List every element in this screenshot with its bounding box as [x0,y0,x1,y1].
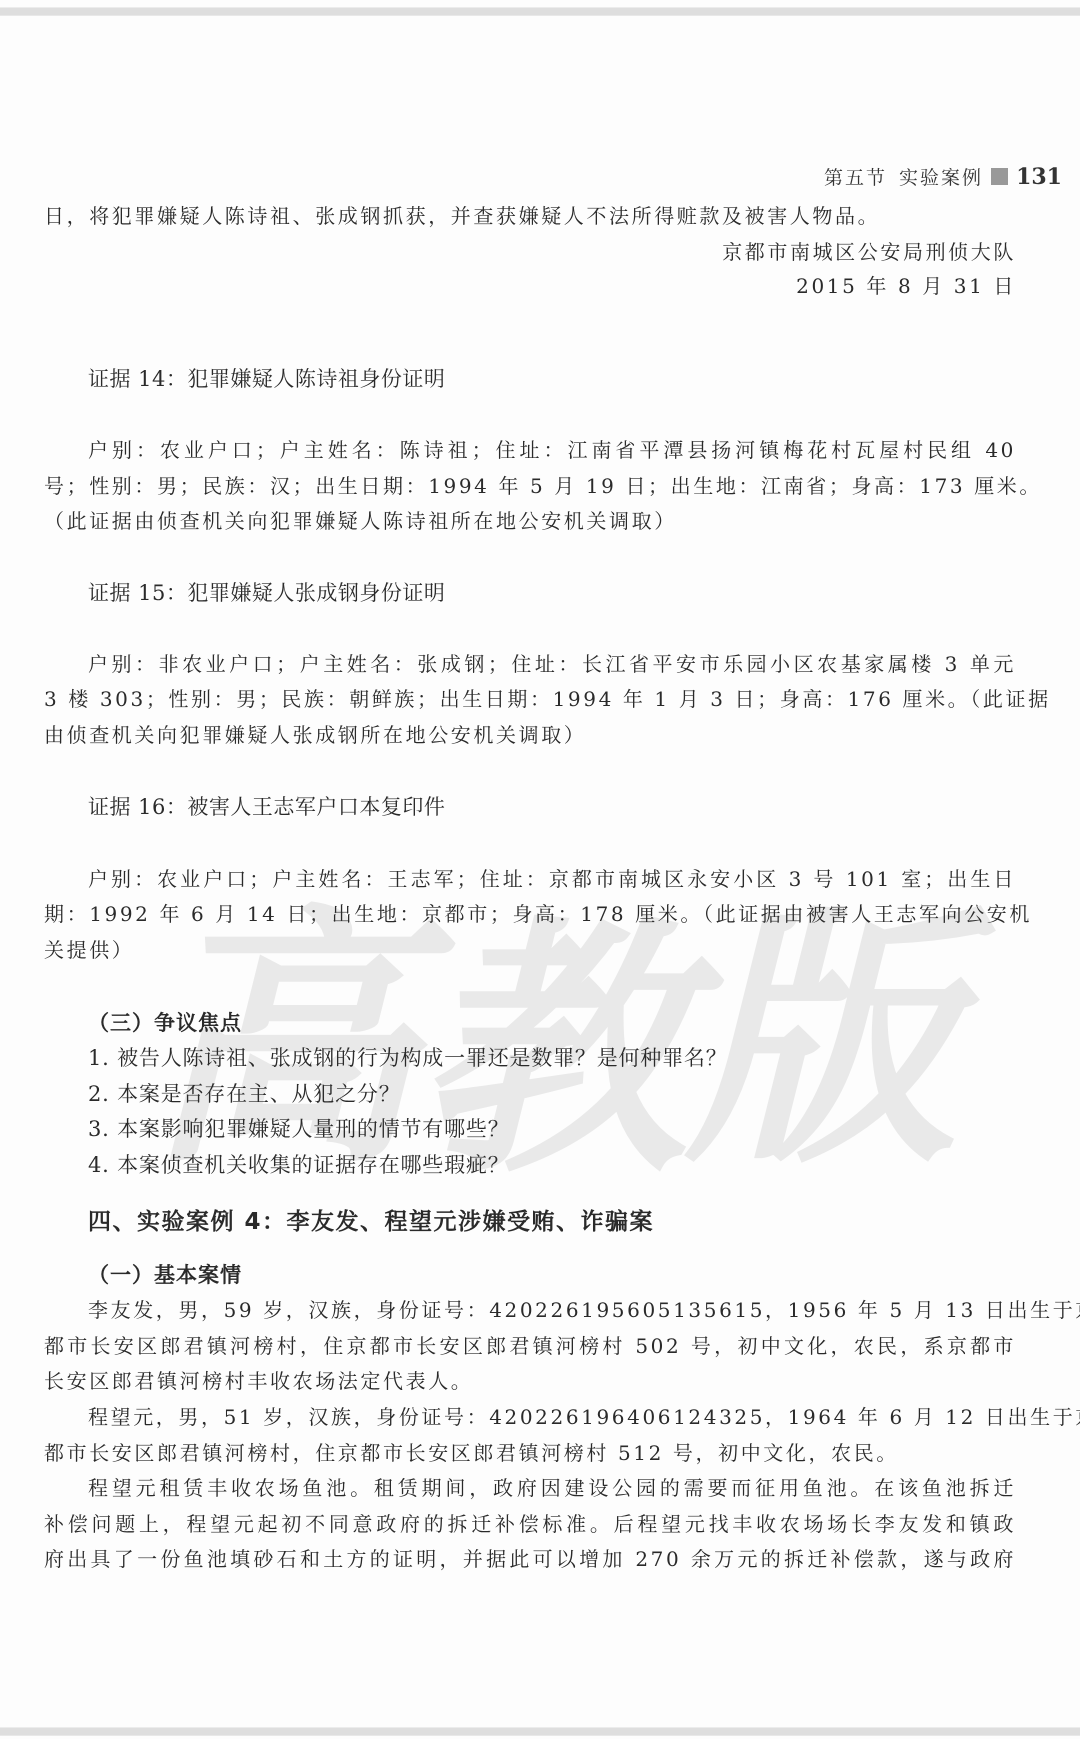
running-head: 第五节 实验案例 131 [824,163,1062,190]
evidence-15-line: 户别：非农业户口；户主姓名：张成钢；住址：长江省平安市乐园小区农基家属楼 3 单… [44,651,1016,677]
case4-paragraph-line: 程望元，男，51 岁，汉族，身份证号：420226196406124325，19… [44,1404,1016,1430]
running-head-section: 第五节 [824,163,887,190]
page-top-edge [0,7,1080,16]
evidence-14-line: 户别：农业户口；户主姓名：陈诗祖；住址：江南省平潭县扬河镇梅花村瓦屋村民组 40 [44,437,1016,463]
case4-paragraph-line: 长安区郎君镇河榜村丰收农场法定代表人。 [44,1368,1016,1394]
evidence-15-line: 由侦查机关向犯罪嫌疑人张成钢所在地公安机关调取） [44,722,1016,748]
evidence-16-title: 证据 16：被害人王志军户口本复印件 [44,794,1016,820]
running-head-chapter: 实验案例 [899,163,983,190]
dispute-focus-heading: （三）争议焦点 [44,1010,1016,1036]
signature-date: 2015 年 8 月 31 日 [44,273,1072,299]
evidence-15-line: 3 楼 303；性别：男；民族：朝鲜族；出生日期：1994 年 1 月 3 日；… [44,686,1016,712]
case4-paragraph-line: 李友发，男，59 岁，汉族，身份证号：420226195605135615，19… [44,1297,1016,1323]
evidence-16-line: 户别：农业户口；户主姓名：王志军；住址：京都市南城区永安小区 3 号 101 室… [44,866,1016,892]
case4-paragraph-line: 补偿问题上，程望元起初不同意政府的拆迁补偿标准。后程望元找丰收农场场长李友发和镇… [44,1511,1016,1537]
evidence-16-line: 期：1992 年 6 月 14 日；出生地：京都市；身高：178 厘米。（此证据… [44,901,1016,927]
case4-paragraph-line: 程望元租赁丰收农场鱼池。租赁期间，政府因建设公园的需要而征用鱼池。在该鱼池拆迁 [44,1475,1016,1501]
case4-heading: 四、实验案例 4：李友发、程望元涉嫌受贿、诈骗案 [44,1209,1016,1235]
evidence-14-line: 号；性别：男；民族：汉；出生日期：1994 年 5 月 19 日；出生地：江南省… [44,473,1016,499]
signature-org: 京都市南城区公安局刑侦大队 [44,239,1016,265]
page-bottom-edge [0,1727,1080,1736]
intro-closing-line: 日，将犯罪嫌疑人陈诗祖、张成钢抓获，并查获嫌疑人不法所得赃款及被害人物品。 [44,203,1016,229]
dispute-question: 1. 被告人陈诗祖、张成钢的行为构成一罪还是数罪？是何种罪名？ [44,1045,1016,1071]
evidence-15-title: 证据 15：犯罪嫌疑人张成钢身份证明 [44,580,1016,606]
evidence-14-title: 证据 14：犯罪嫌疑人陈诗祖身份证明 [44,366,1016,392]
page-number: 131 [1016,164,1062,190]
case4-paragraph-line: 都市长安区郎君镇河榜村，住京都市长安区郎君镇河榜村 502 号，初中文化，农民，… [44,1333,1016,1359]
dispute-question: 3. 本案影响犯罪嫌疑人量刑的情节有哪些？ [44,1116,1016,1142]
evidence-16-line: 关提供） [44,937,1016,963]
case4-paragraph-line: 府出具了一份鱼池填砂石和土方的证明，并据此可以增加 270 余万元的拆迁补偿款，… [44,1546,1016,1572]
case4-paragraph-line: 都市长安区郎君镇河榜村，住京都市长安区郎君镇河榜村 512 号，初中文化，农民。 [44,1440,1016,1466]
square-marker-icon [991,168,1008,185]
evidence-14-line: （此证据由侦查机关向犯罪嫌疑人陈诗祖所在地公安机关调取） [44,508,1016,534]
dispute-question: 4. 本案侦查机关收集的证据存在哪些瑕疵？ [44,1152,1016,1178]
case4-subheading: （一）基本案情 [44,1262,1016,1288]
dispute-question: 2. 本案是否存在主、从犯之分？ [44,1081,1016,1107]
